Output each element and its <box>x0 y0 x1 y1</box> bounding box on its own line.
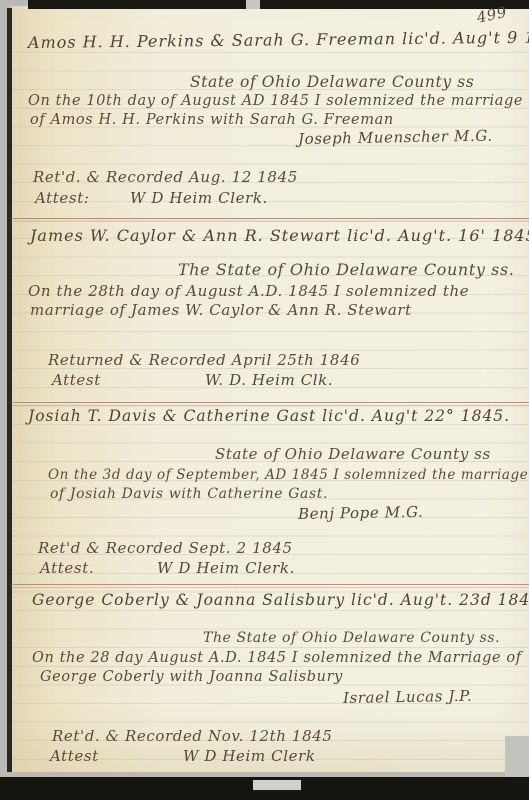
attest-label: Attest <box>50 748 99 765</box>
ledger-page: 499 Amos H. H. Perkins & Sarah G. Freema… <box>0 0 529 800</box>
jurisdiction-line: The State of Ohio Delaware County ss. <box>178 261 514 279</box>
recorded-line: Ret'd & Recorded Sept. 2 1845 <box>38 540 293 557</box>
body-line: On the 28 day August A.D. 1845 I solemni… <box>32 651 522 667</box>
entry-header: Josiah T. Davis & Catherine Gast lic'd. … <box>28 408 510 425</box>
jurisdiction-line: State of Ohio Delaware County ss <box>215 446 491 463</box>
attest-label: Attest. <box>40 560 94 577</box>
body-line: of Amos H. H. Perkins with Sarah G. Free… <box>30 113 394 129</box>
book-top-edge <box>28 0 529 9</box>
entry-separator <box>11 584 529 585</box>
body-line: George Coberly with Joanna Salisbury <box>40 670 343 686</box>
attest-label: Attest: <box>35 190 89 207</box>
jurisdiction-line: State of Ohio Delaware County ss <box>190 74 474 91</box>
clerk-signature: W D Heim Clerk. <box>130 190 268 207</box>
attest-label: Attest <box>52 372 101 389</box>
recorded-line: Ret'd. & Recorded Nov. 12th 1845 <box>52 728 333 745</box>
entry-separator <box>11 402 529 403</box>
recorded-line: Ret'd. & Recorded Aug. 12 1845 <box>33 169 298 186</box>
clerk-signature: W D Heim Clerk <box>183 748 316 765</box>
book-top-edge-gap <box>246 0 260 9</box>
torn-paper-corner <box>505 736 529 777</box>
body-line: of Josiah Davis with Catherine Gast. <box>50 487 328 502</box>
body-line: On the 10th day of August AD 1845 I sole… <box>28 94 523 110</box>
book-bottom-edge-gap <box>253 780 301 790</box>
book-binding-edge <box>7 8 12 772</box>
jurisdiction-line: The State of Ohio Delaware County ss. <box>203 631 500 646</box>
entry-header: George Coberly & Joanna Salisbury lic'd.… <box>32 592 529 609</box>
body-line: marriage of James W. Caylor & Ann R. Ste… <box>30 302 412 319</box>
entry-separator <box>11 218 529 219</box>
body-line: On the 3d day of September, AD 1845 I so… <box>48 468 528 483</box>
officiant-signature: Israel Lucas J.P. <box>343 688 473 707</box>
recorded-line: Returned & Recorded April 25th 1846 <box>48 352 360 369</box>
officiant-signature: Benj Pope M.G. <box>298 504 424 523</box>
officiant-signature: Joseph Muenscher M.G. <box>298 128 493 148</box>
body-line: On the 28th day of August A.D. 1845 I so… <box>28 283 469 300</box>
clerk-signature: W. D. Heim Clk. <box>205 372 333 389</box>
entry-header: James W. Caylor & Ann R. Stewart lic'd. … <box>30 227 529 245</box>
clerk-signature: W D Heim Clerk. <box>157 560 295 577</box>
